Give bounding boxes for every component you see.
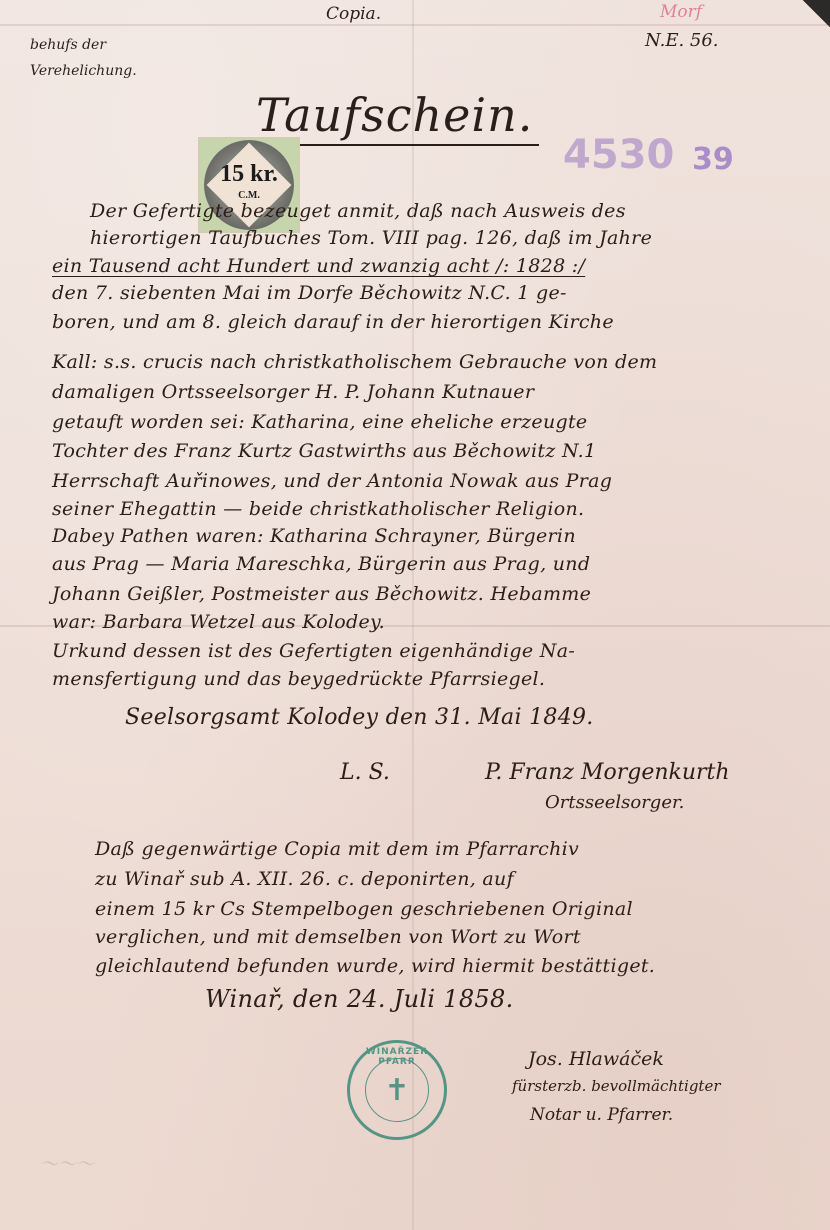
side-note: behufs der Verehelichung. (30, 32, 137, 84)
tree-cross-emblem-icon: ✝ (365, 1058, 429, 1122)
archive-stamp-number: 4530 (563, 132, 674, 178)
second-signature-line2: fürsterzb. bevollmächtigter (512, 1077, 721, 1095)
attestation-line: Daß gegenwärtige Copia mit dem im Pfarra… (95, 838, 579, 860)
body-line: getauft worden sei: Katharina, eine ehel… (52, 411, 587, 433)
first-signature-name: P. Franz Morgenkurth (485, 760, 730, 785)
archive-stamp-subnumber: 39 (692, 142, 734, 177)
body-line: Der Gefertigte bezeuget anmit, daß nach … (90, 200, 626, 222)
stamp-value-text: 15 kr. (220, 161, 278, 187)
paper-fold (0, 24, 830, 26)
body-line: Kall: s.s. crucis nach christkatholische… (52, 351, 657, 373)
body-line: Herrschaft Auřinowes, und der Antonia No… (52, 470, 612, 492)
place-date-1858: Winař, den 24. Juli 1858. (205, 985, 514, 1013)
body-line: boren, und am 8. gleich darauf in der hi… (52, 311, 614, 333)
body-line: Dabey Pathen waren: Katharina Schrayner,… (52, 525, 576, 547)
body-line: Tochter des Franz Kurtz Gastwirths aus B… (52, 440, 596, 462)
attestation-line: zu Winař sub A. XII. 26. c. deponirten, … (95, 868, 514, 890)
locus-sigilli: L. S. (340, 760, 390, 785)
second-signature-name: Jos. Hlawáček (528, 1048, 664, 1070)
side-note-line: behufs der (30, 32, 137, 58)
document-page: Copia. Morf N.E. 56. behufs der Vereheli… (0, 0, 830, 1230)
faint-bleedthrough: ～～～ (40, 1150, 94, 1176)
red-pencil-mark: Morf (660, 2, 702, 22)
reference-number: N.E. 56. (645, 30, 719, 51)
side-note-line: Verehelichung. (30, 58, 137, 84)
body-line: hierortigen Taufbuches Tom. VIII pag. 12… (90, 227, 652, 249)
body-line: ein Tausend acht Hundert und zwanzig ach… (52, 255, 585, 277)
copy-mark: Copia. (326, 4, 381, 24)
paper-corner (800, 0, 830, 30)
attestation-line: einem 15 kr Cs Stempelbogen geschriebene… (95, 898, 633, 920)
second-signature-line3: Notar u. Pfarrer. (530, 1105, 673, 1125)
body-line: den 7. siebenten Mai im Dorfe Běchowitz … (52, 282, 567, 304)
body-line: mensfertigung und das beygedrückte Pfarr… (52, 668, 545, 690)
seal-legend: WINAŘZER PFARR (350, 1047, 444, 1067)
body-line: aus Prag — Maria Mareschka, Bürgerin aus… (52, 553, 590, 575)
body-line: seiner Ehegattin — beide christkatholisc… (52, 498, 584, 520)
body-line: damaligen Ortsseelsorger H. P. Johann Ku… (52, 381, 534, 403)
first-signature-title: Ortsseelsorger. (545, 792, 684, 813)
body-line: war: Barbara Wetzel aus Kolodey. (52, 611, 385, 633)
place-date-1849: Seelsorgsamt Kolodey den 31. Mai 1849. (125, 705, 594, 730)
attestation-line: gleichlautend befunden wurde, wird hierm… (95, 955, 655, 977)
body-line: Johann Geißler, Postmeister aus Běchowit… (52, 583, 591, 605)
parish-seal: WINAŘZER PFARR ✝ (347, 1040, 447, 1140)
body-line: Urkund dessen ist des Gefertigten eigenh… (52, 640, 575, 662)
attestation-line: verglichen, und mit demselben von Wort z… (95, 926, 581, 948)
